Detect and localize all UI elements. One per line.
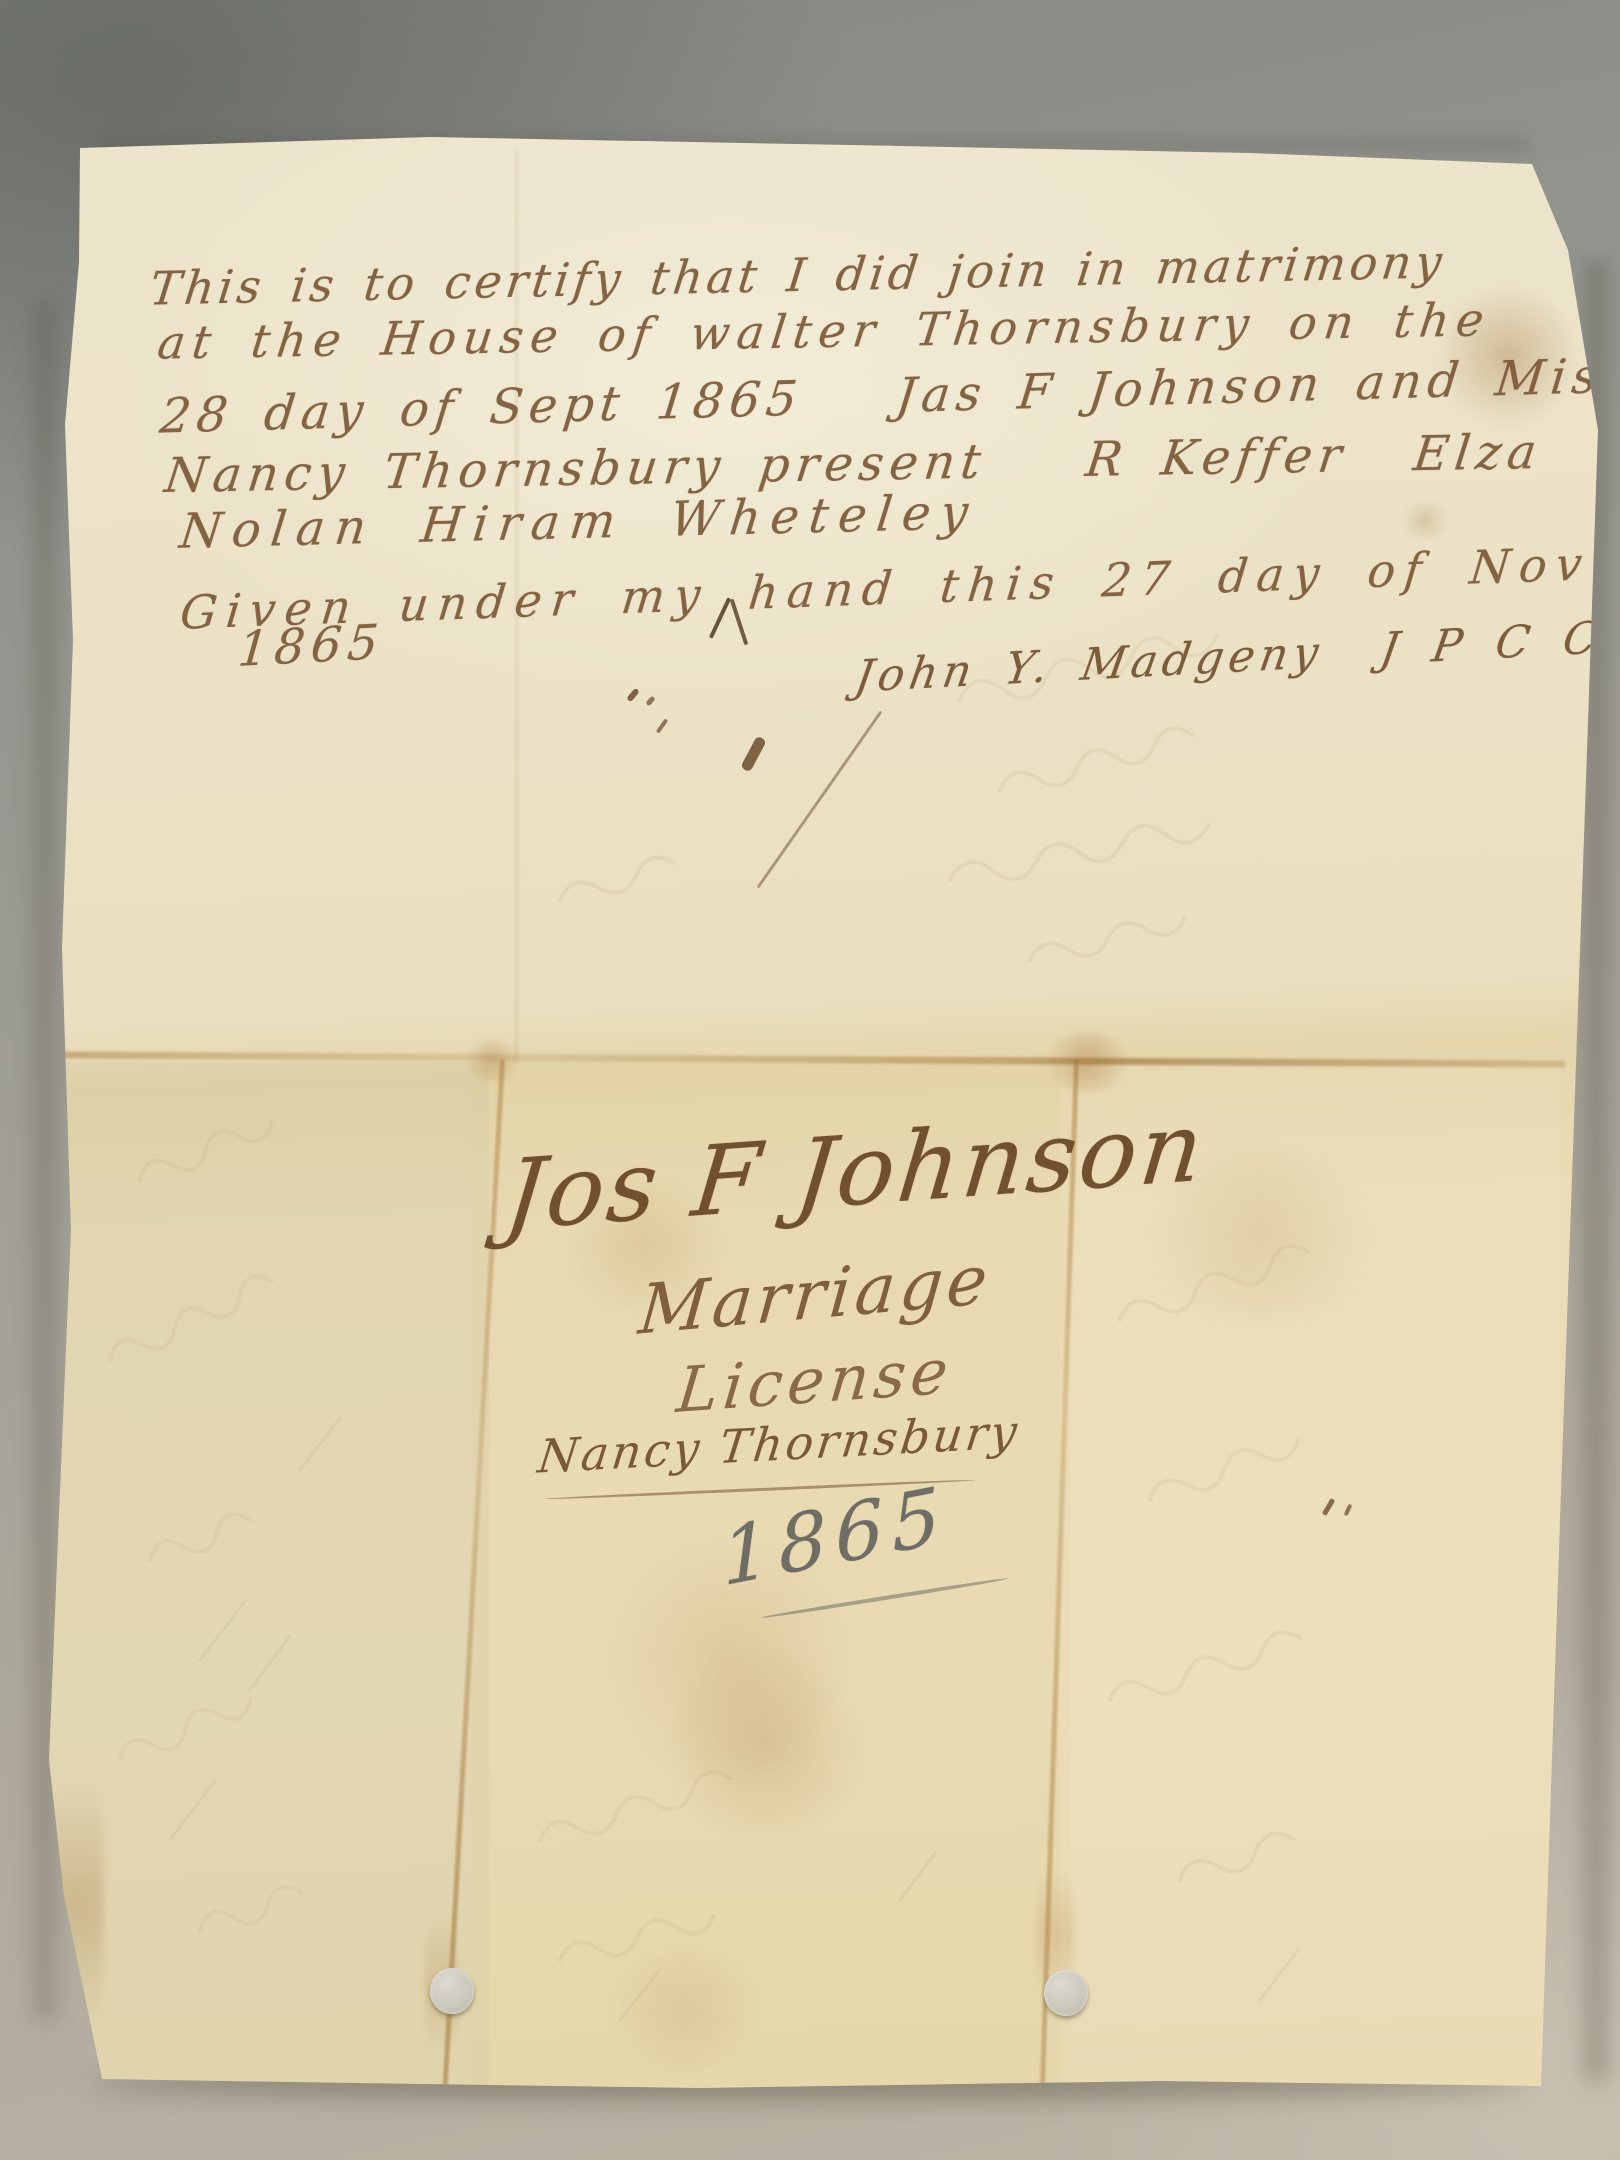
stain-fold-left-junction bbox=[462, 1040, 524, 1082]
certificate-line-7-year: 1865 bbox=[236, 618, 386, 674]
punch-hole-right bbox=[1044, 1970, 1088, 2016]
docket-year-pencil: 1865 bbox=[700, 1472, 969, 1602]
ink-tick bbox=[1322, 1498, 1335, 1516]
stain-left-edge-lower bbox=[52, 1740, 104, 2070]
officiant-signature: John Y. Madgeny J P C C bbox=[852, 616, 1606, 700]
docket-bride-name: Nancy Thornsbury bbox=[535, 1410, 980, 1479]
ink-tick bbox=[1344, 1504, 1353, 1517]
punch-hole-left bbox=[430, 1968, 474, 2014]
document-paper: This is to certify that I did join in ma… bbox=[0, 0, 1620, 2160]
paper-panel-lower-right bbox=[1060, 1062, 1560, 2086]
signature-flourish-stroke bbox=[757, 711, 883, 889]
vertical-fold-line-left bbox=[443, 1060, 505, 2089]
photo-of-marriage-certificate: This is to certify that I did join in ma… bbox=[0, 0, 1620, 2160]
docket-word-marriage: Marriage bbox=[628, 1245, 1003, 1346]
stain-small-right bbox=[1396, 502, 1454, 540]
ink-blot-large bbox=[740, 736, 767, 773]
paper-panel-lower-left bbox=[49, 1062, 489, 2086]
stain-bottom-middle bbox=[600, 1950, 770, 2070]
stain-middle-panel-3 bbox=[660, 1650, 870, 1840]
vertical-fold-line-right bbox=[1040, 1060, 1079, 2090]
stain-fold-right-junction bbox=[1040, 1032, 1135, 1092]
docket-groom-name: Jos F Johnson bbox=[501, 1108, 1070, 1244]
ink-speck bbox=[626, 688, 640, 703]
ink-speck bbox=[656, 718, 668, 733]
ink-speck bbox=[645, 696, 655, 707]
horizontal-fold-line bbox=[55, 1051, 1565, 1067]
